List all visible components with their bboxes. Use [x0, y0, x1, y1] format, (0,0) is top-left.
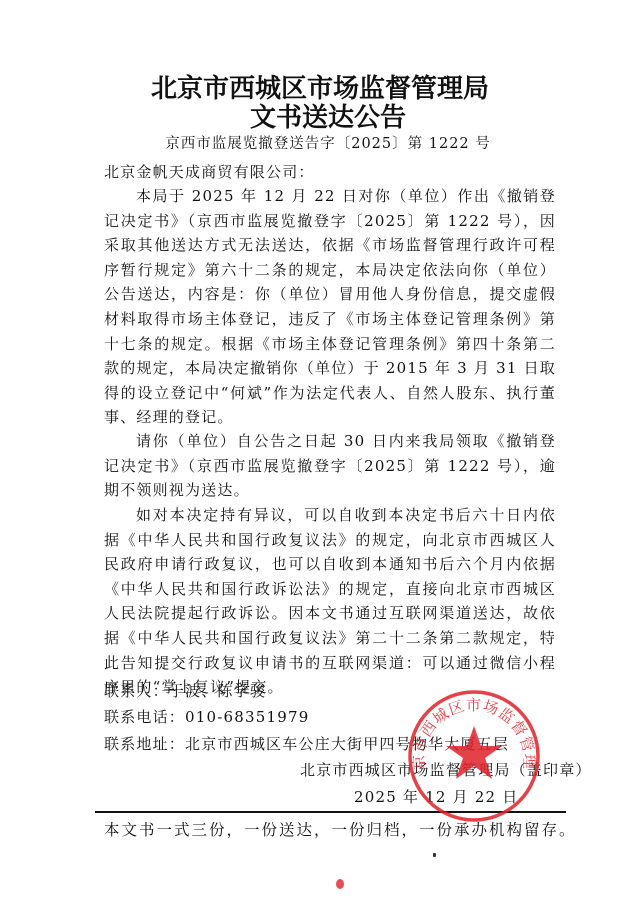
contact-address-value: 北京市西城区车公庄大街甲四号物华大厦五层: [185, 735, 509, 753]
contact-phone: 联系电话：010-68351979: [104, 705, 309, 730]
document-page: 北京市西城区市场监督管理局 文书送达公告 京西市监展览撤登送告字〔2025〕第 …: [0, 0, 640, 906]
paragraph-decision: 本局于 2025 年 12 月 22 日对你（单位）作出《撤销登记决定书》（京西…: [104, 184, 556, 430]
contact-address-label: 联系地址：: [104, 735, 185, 753]
footer-note: 本文书一式三份，一份送达，一份归档，一份承办机构留存。: [104, 818, 577, 842]
page-subtitle: 文书送达公告: [0, 103, 640, 133]
document-number: 京西市监展览撤登送告字〔2025〕第 1222 号: [0, 134, 640, 154]
paragraph-appeal: 如对本决定持有异议，可以自收到本决定书后六十日内依据《中华人民共和国行政复议法》…: [104, 503, 556, 700]
contact-person-value: 于波、陈学骏: [169, 682, 266, 700]
page-title: 北京市西城区市场监督管理局: [0, 74, 640, 104]
stamp-mark-icon: [335, 878, 345, 890]
contact-person-label: 联系人：: [104, 682, 169, 700]
contact-phone-label: 联系电话：: [104, 708, 185, 726]
contact-person: 联系人：于波、陈学骏: [104, 679, 266, 704]
paragraph-text: 本局于 2025 年 12 月 22 日对你（单位）作出《撤销登记决定书》（京西…: [104, 184, 556, 430]
paragraph-collection: 请你（单位）自公告之日起 30 日内来我局领取《撤销登记决定书》（京西市监展览撤…: [104, 429, 556, 503]
contact-address: 联系地址：北京市西城区车公庄大街甲四号物华大厦五层: [104, 732, 509, 757]
paragraph-text: 如对本决定持有异议，可以自收到本决定书后六十日内依据《中华人民共和国行政复议法》…: [104, 503, 556, 700]
signature-date: 2025 年 12 月 22 日: [354, 785, 518, 809]
addressee: 北京金帆天成商贸有限公司：: [104, 160, 556, 185]
signature-organization: 北京市西城区市场监督管理局（盖印章）: [300, 758, 592, 782]
contact-phone-value: 010-68351979: [185, 708, 309, 726]
paragraph-text: 请你（单位）自公告之日起 30 日内来我局领取《撤销登记决定书》（京西市监展览撤…: [104, 429, 556, 503]
divider: [95, 811, 566, 813]
scan-speck: [433, 853, 436, 857]
